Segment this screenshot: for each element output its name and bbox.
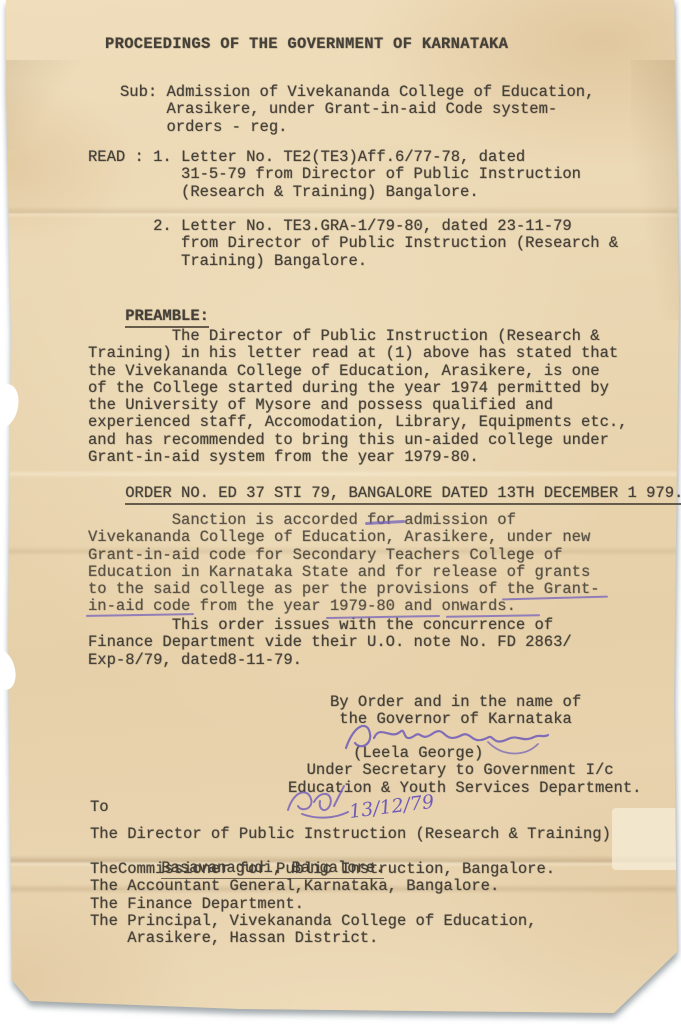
crease-line bbox=[631, 60, 681, 320]
order-heading-text: ORDER NO. ED 37 STI 79, BANGALORE DATED … bbox=[125, 484, 681, 505]
copies-list: TheCommissioner for Public Instruction, … bbox=[90, 861, 555, 947]
preamble-paragraph: The Director of Public Instruction (Rese… bbox=[88, 328, 628, 466]
addressee-line: The Director of Public Instruction (Rese… bbox=[90, 826, 611, 843]
signature-typed-block: (Leela George) Under Secretary to Govern… bbox=[288, 745, 641, 797]
crease-line bbox=[0, 60, 80, 150]
read-block: READ : 1. Letter No. TE2(TE3)Aff.6/77-78… bbox=[88, 149, 618, 270]
scanned-document: PROCEEDINGS OF THE GOVERNMENT OF KARNATA… bbox=[0, 0, 681, 1024]
to-label: To bbox=[90, 799, 109, 816]
preamble-heading-text: PREAMBLE: bbox=[125, 307, 209, 328]
document-title: PROCEEDINGS OF THE GOVERNMENT OF KARNATA… bbox=[105, 36, 508, 53]
concurrence-paragraph: This order issues with the concurrence o… bbox=[88, 617, 572, 669]
by-order-block: By Order and in the name of the Governor… bbox=[330, 694, 581, 729]
tape-patch bbox=[612, 808, 681, 870]
sanction-paragraph: Sanction is accorded for admission of Vi… bbox=[88, 512, 600, 616]
subject-block: Sub: Admission of Vivekananda College of… bbox=[120, 84, 594, 136]
